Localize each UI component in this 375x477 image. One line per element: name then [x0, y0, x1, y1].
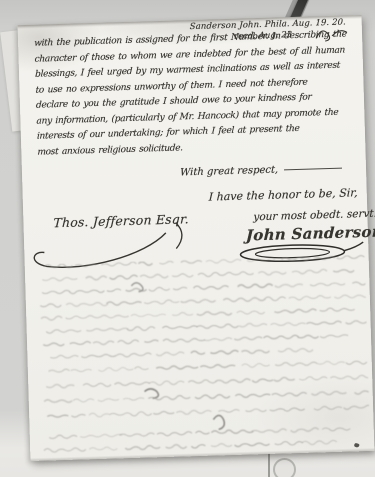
bleedthrough-line — [44, 399, 72, 403]
bleedthrough-line — [334, 294, 369, 298]
bleedthrough-line — [162, 325, 197, 328]
bleedthrough-line — [116, 353, 151, 357]
bleedthrough-line — [98, 367, 133, 371]
bleedthrough-line — [86, 276, 107, 280]
bleedthrough-line — [176, 410, 211, 415]
bleedthrough-line — [314, 256, 335, 259]
bleedthrough-line — [71, 369, 92, 372]
body-line-3: blessings, I feel urged by my warmest in… — [35, 61, 340, 80]
bleedthrough-line — [292, 269, 327, 274]
bleedthrough-line — [46, 329, 81, 333]
bleedthrough-line — [219, 272, 254, 276]
hanger-line — [268, 450, 270, 477]
bleedthrough-line — [50, 355, 78, 359]
bleedthrough-line — [41, 316, 62, 320]
bleedthrough-line — [69, 290, 104, 294]
bleedthrough-line — [93, 341, 114, 345]
bleedthrough-line — [46, 384, 74, 388]
bleedthrough-line — [193, 285, 228, 289]
bleedthrough-line — [270, 408, 305, 412]
body-line-5: declare to you the gratitude I should ow… — [36, 93, 312, 111]
bleedthrough-line — [298, 335, 319, 339]
bleedthrough-line — [89, 447, 117, 451]
scanned-letter-page: Sanderson John. Phila. Aug. 19. 20. recd… — [0, 0, 375, 477]
bleedthrough-line — [282, 257, 310, 261]
bleedthrough-line — [274, 309, 316, 313]
bleedthrough-line — [138, 262, 152, 266]
bleedthrough-line — [200, 364, 235, 368]
bleedthrough-line — [274, 377, 295, 381]
bleedthrough-line — [330, 375, 370, 380]
bleedthrough-line — [42, 277, 77, 281]
body-line-7: interests of our undertaking; for which … — [37, 124, 300, 142]
bleedthrough-line — [278, 348, 313, 353]
closing-honor: I have the honor to be, Sir, — [209, 186, 359, 203]
bleedthrough-line — [157, 432, 192, 436]
bleedthrough-line — [86, 328, 128, 331]
bleedthrough-line — [336, 255, 364, 259]
ink-smudge — [213, 415, 224, 429]
bleedthrough-line — [47, 415, 68, 418]
bleedthrough-line — [149, 381, 184, 386]
bleedthrough-line — [123, 398, 144, 401]
bleedthrough-line — [101, 262, 136, 266]
bleedthrough-line — [106, 301, 141, 305]
pen-dash — [284, 168, 342, 171]
bleedthrough-line — [181, 260, 202, 263]
bleedthrough-line — [352, 281, 370, 285]
bleedthrough-line — [153, 411, 174, 414]
bleedthrough-line — [289, 295, 331, 300]
bleedthrough-line — [258, 271, 286, 275]
bleedthrough-line — [210, 350, 238, 354]
bleedthrough-line — [241, 350, 269, 354]
bleedthrough-line — [48, 369, 69, 372]
body-line-8: most anxious religious solicitude. — [37, 143, 183, 157]
bleedthrough-line — [346, 320, 371, 324]
bleedthrough-line — [71, 414, 85, 417]
bleedthrough-line — [191, 351, 205, 355]
bleedthrough-line — [115, 382, 150, 386]
bleedthrough-line — [144, 340, 158, 342]
bleedthrough-line — [89, 413, 110, 417]
bleedthrough-line — [109, 275, 137, 279]
bleedthrough-line — [172, 312, 193, 315]
bleedthrough-line — [134, 367, 148, 370]
letter-paper: Sanderson John. Phila. Aug. 19. 20. recd… — [18, 15, 375, 461]
bleedthrough-line — [235, 393, 270, 397]
bleedthrough-line — [211, 429, 253, 434]
bleedthrough-line — [272, 392, 307, 396]
bleedthrough-line — [252, 429, 287, 433]
bleedthrough-line — [166, 444, 187, 448]
bleedthrough-line — [242, 363, 270, 367]
bleedthrough-line — [223, 297, 265, 302]
bleedthrough-line — [320, 307, 355, 311]
bleedthrough-line — [302, 440, 337, 445]
closing-respect: With great respect, — [180, 163, 343, 179]
bleedthrough-line — [87, 314, 129, 318]
bleedthrough-line — [215, 379, 250, 383]
bleedthrough-line — [148, 395, 190, 400]
bleedthrough-line — [275, 441, 303, 445]
bleedthrough-line — [125, 445, 160, 450]
bleedthrough-line — [191, 445, 205, 449]
bleedthrough-line — [299, 376, 327, 380]
bleedthrough-line — [140, 274, 168, 278]
bleedthrough-line — [320, 335, 348, 338]
bleedthrough-line — [306, 321, 341, 325]
bleedthrough-line — [131, 313, 166, 316]
bleedthrough-line — [181, 299, 216, 303]
bleedthrough-line — [98, 399, 119, 402]
bleedthrough-line — [333, 269, 354, 272]
bleedthrough-line — [263, 335, 298, 339]
bleedthrough-line — [159, 261, 173, 264]
bleedthrough-line — [265, 297, 286, 301]
bleedthrough-line — [44, 264, 72, 269]
bleedthrough-line — [317, 361, 345, 365]
bleedthrough-line — [70, 341, 91, 344]
bleedthrough-line — [188, 380, 216, 384]
bleedthrough-line — [43, 343, 64, 346]
bleedthrough-line — [83, 383, 111, 387]
bleedthrough-line — [252, 379, 273, 383]
bleedthrough-line — [73, 399, 94, 403]
bleedthrough-line — [355, 390, 371, 394]
bleedthrough-line — [198, 272, 219, 276]
bleedthrough-line — [234, 337, 262, 340]
bleedthrough-line — [204, 338, 232, 341]
bleedthrough-line — [239, 323, 267, 327]
bleedthrough-line — [49, 435, 77, 439]
bleedthrough-line — [195, 394, 230, 398]
bleedthrough-line — [238, 284, 273, 288]
bleedthrough-line — [195, 431, 209, 434]
bleedthrough-line — [245, 409, 266, 412]
bleedthrough-line — [211, 443, 232, 447]
bleedthrough-ink — [31, 255, 371, 461]
bleedthrough-line — [81, 354, 116, 358]
bleedthrough-line — [75, 264, 96, 267]
bleedthrough-line — [40, 304, 61, 308]
bleedthrough-line — [118, 340, 139, 344]
bleedthrough-line — [80, 434, 122, 438]
closing-respect-text: With great respect, — [180, 165, 279, 179]
bleedthrough-line — [144, 300, 179, 305]
bleedthrough-line — [107, 289, 121, 292]
bleedthrough-line — [110, 411, 152, 416]
bleedthrough-line — [310, 283, 345, 286]
bleedthrough-line — [291, 428, 319, 432]
bleedthrough-line — [322, 427, 350, 431]
bleedthrough-line — [156, 352, 184, 356]
closing-obedient: your most obedt. servt. — [253, 208, 375, 224]
bleedthrough-line — [311, 391, 346, 395]
bleedthrough-line — [42, 290, 70, 294]
bleedthrough-line — [275, 362, 317, 367]
bleedthrough-line — [275, 284, 303, 287]
bleedthrough-line — [235, 443, 270, 447]
bleedthrough-line — [173, 287, 187, 290]
bleedthrough-line — [196, 324, 238, 329]
bleedthrough-line — [172, 274, 193, 278]
bleedthrough-line — [218, 409, 239, 412]
bleedthrough-line — [149, 287, 170, 291]
bleedthrough-line — [197, 311, 232, 316]
bleedthrough-line — [344, 405, 371, 409]
bleedthrough-line — [127, 326, 155, 331]
bleedthrough-line — [156, 365, 198, 369]
body-line-4: to use no expressions unworthy of them. … — [35, 77, 307, 95]
bleedthrough-line — [237, 310, 265, 314]
bleedthrough-line — [247, 258, 275, 262]
bleedthrough-line — [271, 322, 306, 326]
bleedthrough-line — [346, 361, 367, 365]
bleedthrough-line — [44, 448, 86, 453]
bleedthrough-line — [206, 259, 241, 263]
bleedthrough-line — [119, 433, 154, 437]
hanger-ring — [273, 458, 296, 477]
bleedthrough-line — [163, 338, 205, 342]
bleedthrough-line — [66, 316, 87, 319]
bleedthrough-line — [314, 406, 342, 410]
bleedthrough-line — [66, 302, 108, 307]
